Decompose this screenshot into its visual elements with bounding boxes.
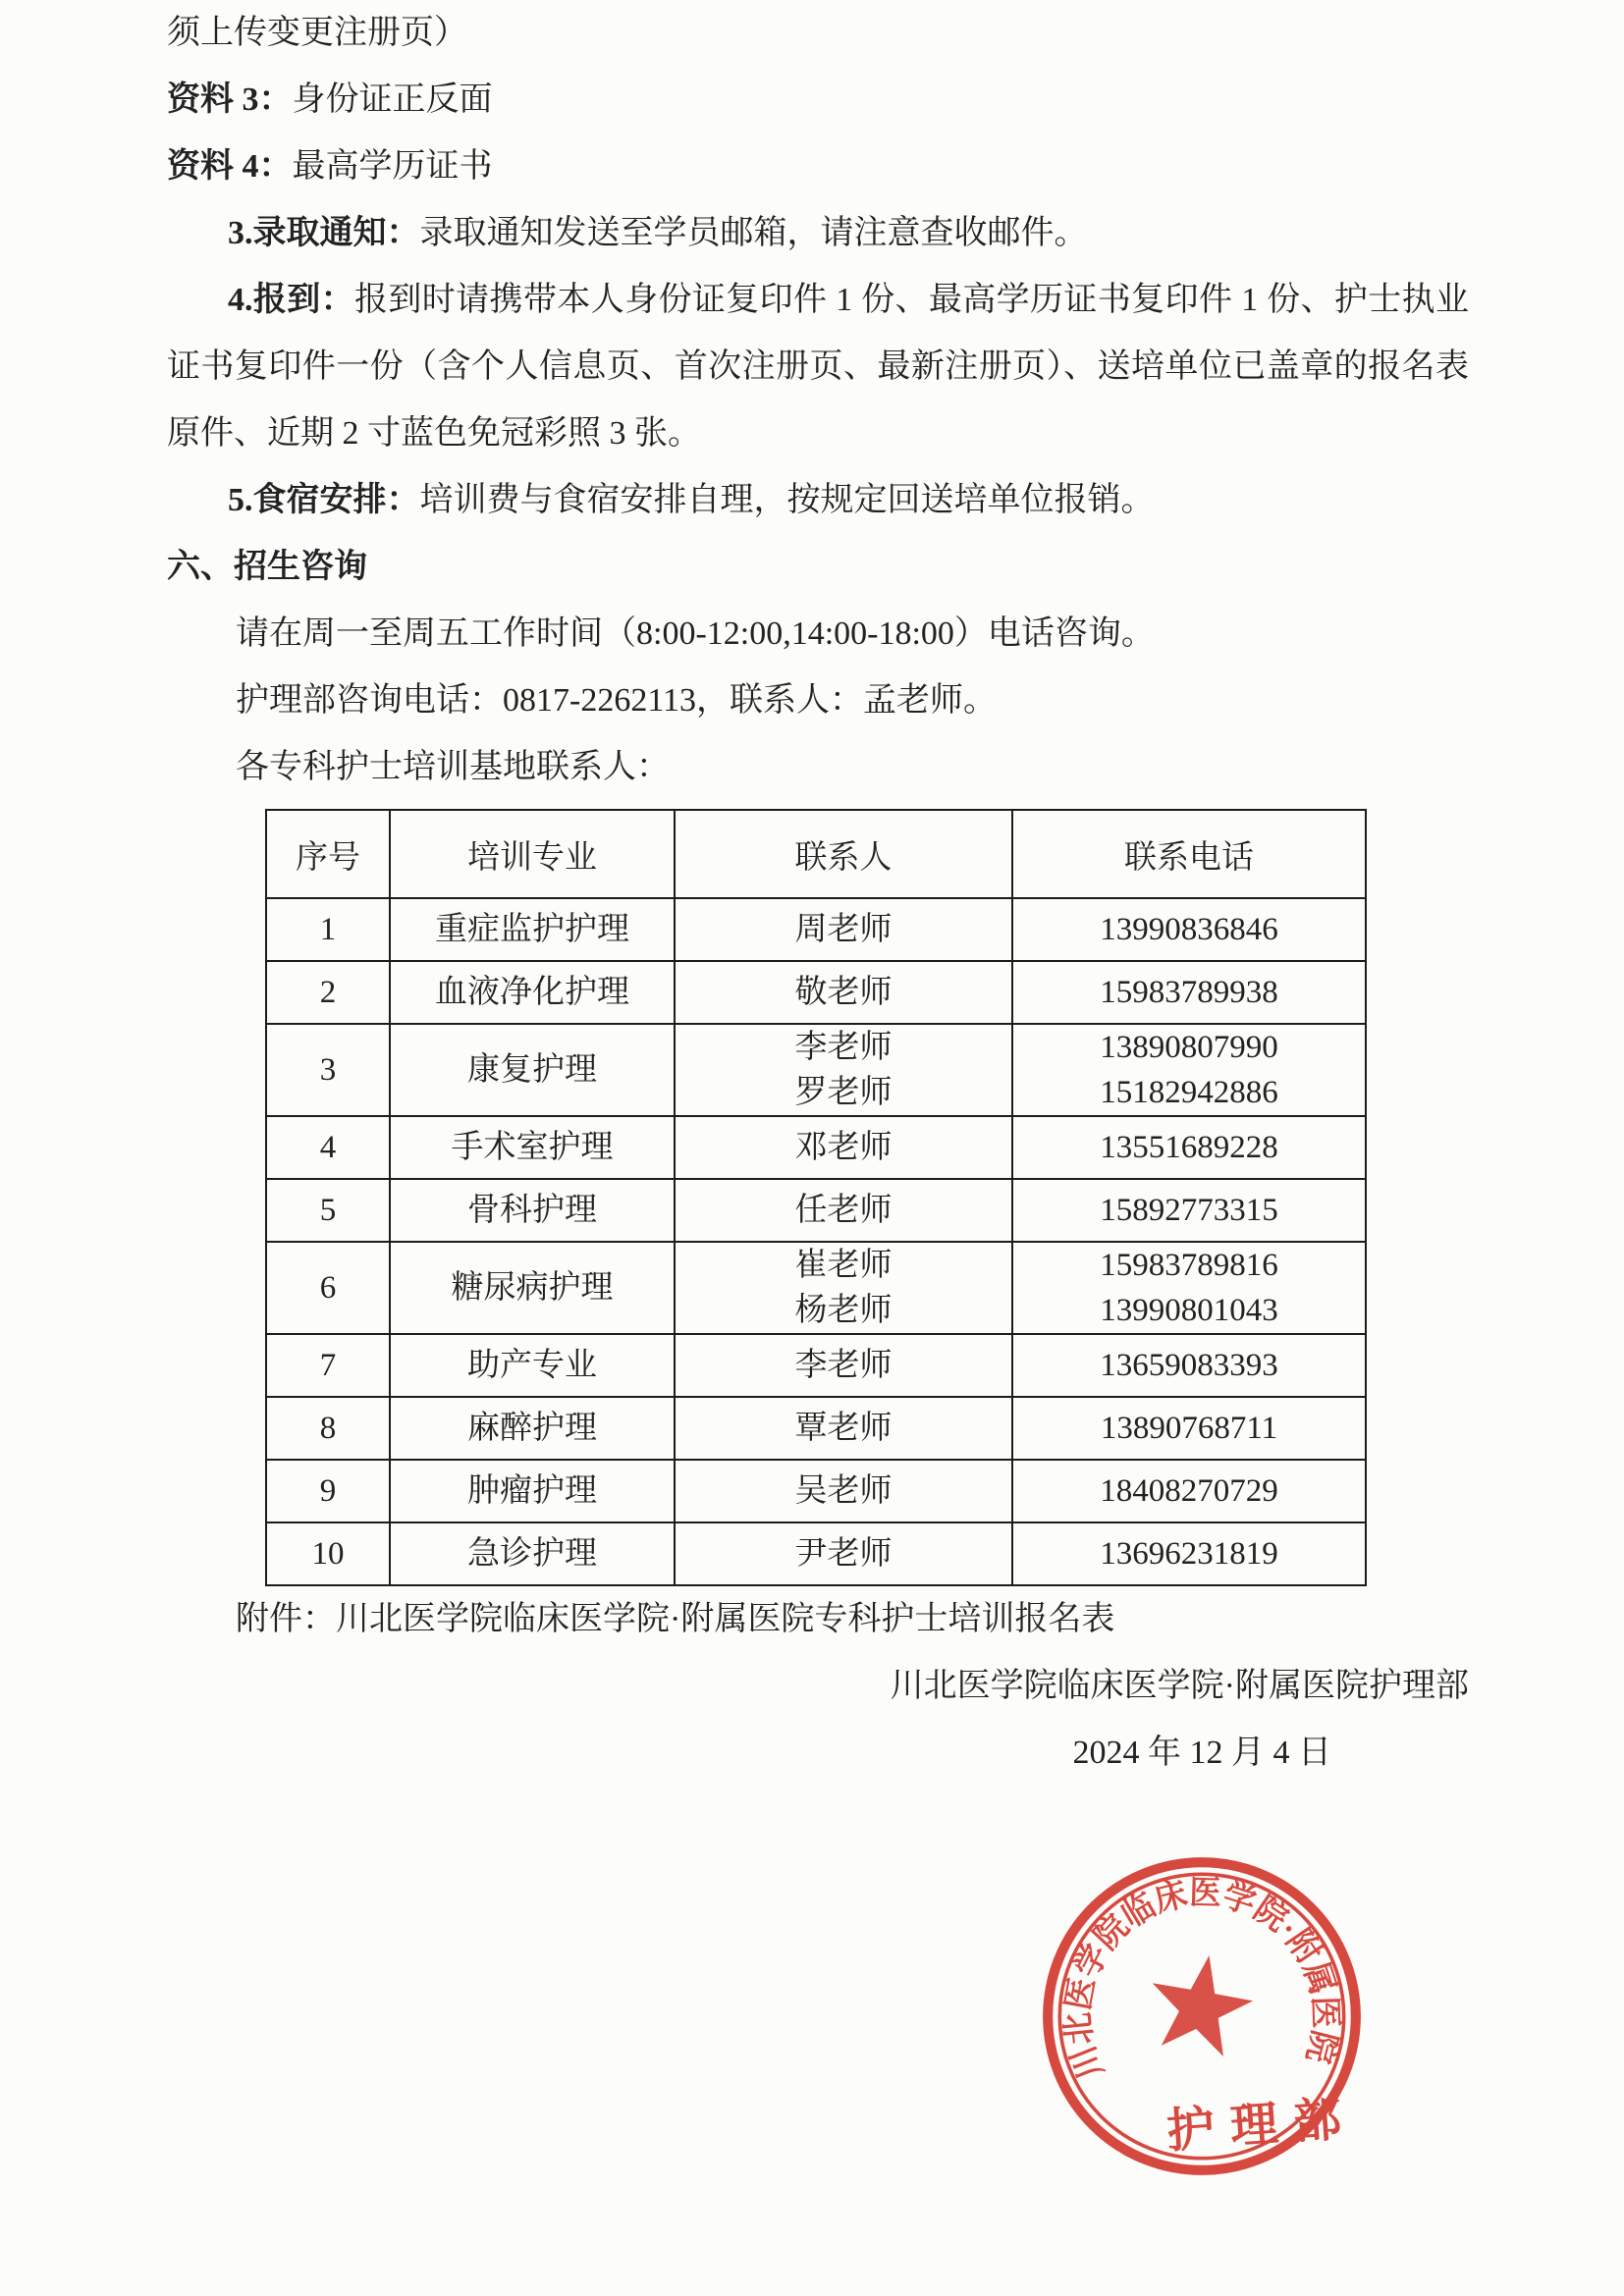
document-content: 须上传变更注册页） 资料 3：身份证正反面 资料 4：最高学历证书 3.录取通知… xyxy=(167,0,1469,1787)
cell-no: 2 xyxy=(266,961,390,1024)
seal-department-text: 护理部 xyxy=(1165,2092,1360,2158)
cell-no: 8 xyxy=(266,1397,390,1460)
table-row: 7助产专业李老师13659083393 xyxy=(266,1334,1366,1397)
item-text: 报到时请携带本人身份证复印件 1 份、最高学历证书复印件 1 份、护士执业证书复… xyxy=(167,282,1469,452)
cell-contact: 李老师 xyxy=(675,1334,1012,1397)
cell-contact: 敬老师 xyxy=(675,961,1012,1024)
item-text: 录取通知发送至学员邮箱，请注意查收邮件。 xyxy=(420,215,1088,251)
material-line-4: 资料 4：最高学历证书 xyxy=(167,133,1469,200)
cell-major: 康复护理 xyxy=(390,1024,675,1116)
cell-major: 肿瘤护理 xyxy=(390,1460,675,1522)
cell-phone: 13990836846 xyxy=(1012,898,1366,961)
section-heading-consultation: 六、招生咨询 xyxy=(167,534,1469,601)
item-registration: 4.报到：报到时请携带本人身份证复印件 1 份、最高学历证书复印件 1 份、护士… xyxy=(167,267,1469,467)
table-row: 2血液净化护理敬老师15983789938 xyxy=(266,961,1366,1024)
seal-inner-ring xyxy=(1059,1874,1343,2158)
cell-major: 手术室护理 xyxy=(390,1116,675,1179)
cell-major: 助产专业 xyxy=(390,1334,675,1397)
cell-major: 糖尿病护理 xyxy=(390,1242,675,1334)
cell-contact: 崔老师杨老师 xyxy=(675,1242,1012,1334)
table-row: 9肿瘤护理吴老师18408270729 xyxy=(266,1460,1366,1522)
cell-contact: 尹老师 xyxy=(675,1522,1012,1585)
cell-major: 重症监护护理 xyxy=(390,898,675,961)
seal-outer-ring xyxy=(1048,1862,1356,2170)
material-label: 资料 3： xyxy=(167,81,293,118)
cell-no: 10 xyxy=(266,1522,390,1585)
cell-no: 1 xyxy=(266,898,390,961)
cell-major: 血液净化护理 xyxy=(390,961,675,1024)
cell-contact: 邓老师 xyxy=(675,1116,1012,1179)
table-row: 8麻醉护理覃老师13890768711 xyxy=(266,1397,1366,1460)
date-line: 2024 年 12 月 4 日 xyxy=(167,1720,1469,1787)
cell-contact: 李老师罗老师 xyxy=(675,1024,1012,1116)
signature-line: 川北医学院临床医学院·附属医院护理部 xyxy=(167,1653,1469,1720)
cell-major: 急诊护理 xyxy=(390,1522,675,1585)
table-header-no: 序号 xyxy=(266,810,390,898)
contact-table-body: 1重症监护护理周老师139908368462血液净化护理敬老师159837899… xyxy=(266,898,1366,1585)
cell-contact: 任老师 xyxy=(675,1179,1012,1242)
material-text: 最高学历证书 xyxy=(293,148,493,185)
item-admission-notice: 3.录取通知：录取通知发送至学员邮箱，请注意查收邮件。 xyxy=(167,200,1469,267)
document-page: 须上传变更注册页） 资料 3：身份证正反面 资料 4：最高学历证书 3.录取通知… xyxy=(0,0,1624,2296)
table-row: 6糖尿病护理崔老师杨老师1598378981613990801043 xyxy=(266,1242,1366,1334)
item-text: 培训费与食宿安排自理，按规定回送培单位报销。 xyxy=(420,482,1155,518)
contact-table: 序号 培训专业 联系人 联系电话 1重症监护护理周老师139908368462血… xyxy=(265,809,1367,1586)
cell-phone: 18408270729 xyxy=(1012,1460,1366,1522)
table-header-contact: 联系人 xyxy=(675,810,1012,898)
item-label: 3.录取通知： xyxy=(228,215,420,251)
cell-phone: 15892773315 xyxy=(1012,1179,1366,1242)
material-line-3: 资料 3：身份证正反面 xyxy=(167,67,1469,133)
seal-ring-text: 川北医学院临床医学院·附属医院 xyxy=(1059,1874,1344,2084)
item-label: 5.食宿安排： xyxy=(228,482,420,518)
consult-bases-line: 各专科护士培训基地联系人： xyxy=(167,734,1469,801)
cell-phone: 13696231819 xyxy=(1012,1522,1366,1585)
cell-phone: 1389080799015182942886 xyxy=(1012,1024,1366,1116)
cell-phone: 1598378981613990801043 xyxy=(1012,1242,1366,1334)
table-row: 10急诊护理尹老师13696231819 xyxy=(266,1522,1366,1585)
table-row: 4手术室护理邓老师13551689228 xyxy=(266,1116,1366,1179)
cell-no: 5 xyxy=(266,1179,390,1242)
item-accommodation: 5.食宿安排：培训费与食宿安排自理，按规定回送培单位报销。 xyxy=(167,467,1469,534)
cell-contact: 周老师 xyxy=(675,898,1012,961)
table-row: 1重症监护护理周老师13990836846 xyxy=(266,898,1366,961)
official-seal-stamp: 川北医学院临床医学院·附属医院 护理部 xyxy=(1035,1849,1369,2183)
cell-phone: 13890768711 xyxy=(1012,1397,1366,1460)
cell-no: 4 xyxy=(266,1116,390,1179)
seal-ring-text-holder: 川北医学院临床医学院·附属医院 xyxy=(1059,1874,1344,2084)
table-row: 3康复护理李老师罗老师1389080799015182942886 xyxy=(266,1024,1366,1116)
cell-phone: 13551689228 xyxy=(1012,1116,1366,1179)
cell-phone: 13659083393 xyxy=(1012,1334,1366,1397)
continuation-line: 须上传变更注册页） xyxy=(167,0,1469,67)
table-header-row: 序号 培训专业 联系人 联系电话 xyxy=(266,810,1366,898)
table-header-major: 培训专业 xyxy=(390,810,675,898)
cell-major: 骨科护理 xyxy=(390,1179,675,1242)
cell-no: 9 xyxy=(266,1460,390,1522)
material-text: 身份证正反面 xyxy=(293,81,493,118)
cell-phone: 15983789938 xyxy=(1012,961,1366,1024)
cell-no: 3 xyxy=(266,1024,390,1116)
cell-no: 6 xyxy=(266,1242,390,1334)
star-icon xyxy=(1153,1955,1253,2056)
consult-hours-line: 请在周一至周五工作时间（8:00-12:00,14:00-18:00）电话咨询。 xyxy=(167,601,1469,667)
item-label: 4.报到： xyxy=(228,282,354,318)
cell-contact: 吴老师 xyxy=(675,1460,1012,1522)
table-header-phone: 联系电话 xyxy=(1012,810,1366,898)
cell-major: 麻醉护理 xyxy=(390,1397,675,1460)
consult-phone-line: 护理部咨询电话：0817-2262113，联系人：孟老师。 xyxy=(167,667,1469,734)
table-row: 5骨科护理任老师15892773315 xyxy=(266,1179,1366,1242)
cell-no: 7 xyxy=(266,1334,390,1397)
material-label: 资料 4： xyxy=(167,148,293,185)
attachment-line: 附件：川北医学院临床医学院·附属医院专科护士培训报名表 xyxy=(167,1586,1469,1653)
cell-contact: 覃老师 xyxy=(675,1397,1012,1460)
